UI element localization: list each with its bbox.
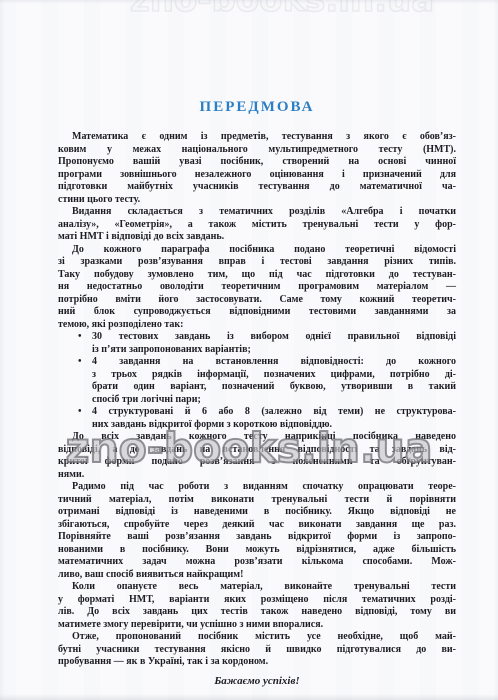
watermark-top: zno-books.in.ua: [130, 0, 434, 20]
text-line: Математика є одним із предметів, тестува…: [58, 131, 456, 144]
text-line: Пропонуємо вашій увазі посібник, створен…: [58, 156, 456, 169]
text-line: ливо, ваш спосіб виявиться найкращим!: [58, 569, 456, 582]
text-line: темою, які розподілено так:: [58, 319, 456, 332]
scanned-book-page: zno-books.in.ua ПЕРЕДМОВА Математика є о…: [0, 0, 498, 700]
text-line: нованими в посібнику. Вони можуть відріз…: [58, 544, 456, 557]
text-line: маті НМТ і відповіді до всіх завдань.: [58, 231, 456, 244]
text-line: До кожного параграфа посібника подано те…: [58, 244, 456, 257]
text-line: підготовки майбутніх учасників тестуванн…: [58, 181, 456, 194]
bullet-icon: •: [78, 331, 82, 344]
text-line: спосіб три логічні пари;: [58, 394, 456, 407]
paragraph: Отже, пропонований посібник містить усе …: [58, 631, 456, 669]
text-line: •4 завдання на встановлення відповідност…: [58, 356, 456, 369]
text-line: Отже, пропонований посібник містить усе …: [58, 631, 456, 644]
closing-wish: Бажаємо успіхів!: [58, 675, 456, 687]
text-line: матимете змогу перевірити, чи успішно з …: [58, 619, 456, 632]
paragraph: Математика є одним із предметів, тестува…: [58, 131, 456, 206]
text-line: стини цього тесту.: [58, 194, 456, 207]
bullet-icon: •: [78, 356, 82, 369]
paragraph: Радимо під час роботи з виданням спочатк…: [58, 481, 456, 581]
text-line: ня недостатньо оволодіти теоретичним про…: [58, 281, 456, 294]
text-line: •4 структуровані й 6 або 8 (залежно від …: [58, 406, 456, 419]
text-line: брати один варіант, позначений буквою, у…: [58, 381, 456, 394]
paragraph: До кожного параграфа посібника подано те…: [58, 244, 456, 332]
text-line: аналізу», «Геометрія», а також містить т…: [58, 219, 456, 232]
text-line: До всіх завдань кожного тесту наприкінці…: [58, 431, 456, 444]
text-line: зі зразками розв’язування вправ і тестов…: [58, 256, 456, 269]
paragraph: До всіх завдань кожного тесту наприкінці…: [58, 431, 456, 481]
paragraph: Коли опануєте весь матеріал, виконайте т…: [58, 581, 456, 631]
text-line: у форматі НМТ, варіанти яких розміщено п…: [58, 594, 456, 607]
text-line: Порівняйте ваші розв’язання завдань відк…: [58, 531, 456, 544]
text-line: пробування — як в Україні, так і за корд…: [58, 656, 456, 669]
text-line: збігаються, спробуйте через деякий час в…: [58, 519, 456, 532]
text-line: ковим у межах національного мультипредме…: [58, 144, 456, 157]
text-line: •30 тестових завдань із вибором однієї п…: [58, 331, 456, 344]
text-line: критої форми подано розв’язання з поясне…: [58, 456, 456, 469]
text-line: із п’яти запропонованих варіантів;: [58, 344, 456, 357]
text-line: потрібно вміти його застосовувати. Саме …: [58, 294, 456, 307]
bullet-item: •4 структуровані й 6 або 8 (залежно від …: [58, 406, 456, 431]
text-line: математичних задач можна розв’язати кіль…: [58, 556, 456, 569]
text-line: тичний матеріал, потім виконати тренувал…: [58, 494, 456, 507]
text-line: Видання складається з тематичних розділі…: [58, 206, 456, 219]
text-line: Коли опануєте весь матеріал, виконайте т…: [58, 581, 456, 594]
bullet-icon: •: [78, 406, 82, 419]
text-line: ний блок супроводжується відповідними те…: [58, 306, 456, 319]
text-line: програми зовнішнього незалежного оцінюва…: [58, 169, 456, 182]
text-line: Таку побудову зумовлено тим, що під час …: [58, 269, 456, 282]
bullet-item: •30 тестових завдань із вибором однієї п…: [58, 331, 456, 356]
text-line: з трьох рядків інформації, позначених ци…: [58, 369, 456, 382]
text-line: нями.: [58, 469, 456, 482]
text-line: бутні учасники тестування якісно й швидк…: [58, 644, 456, 657]
page-title: ПЕРЕДМОВА: [58, 99, 456, 116]
text-line: Радимо під час роботи з виданням спочатк…: [58, 481, 456, 494]
text-line: відповіді, а до завдань на встановлення …: [58, 444, 456, 457]
text-line: лів. До всіх завдань цих тестів також на…: [58, 606, 456, 619]
text-line: них завдань відкритої форми з короткою в…: [58, 419, 456, 432]
preface-text: Математика є одним із предметів, тестува…: [58, 131, 456, 669]
text-line: отримані відповіді із наведеними в посіб…: [58, 506, 456, 519]
bullet-item: •4 завдання на встановлення відповідност…: [58, 356, 456, 406]
paragraph: Видання складається з тематичних розділі…: [58, 206, 456, 244]
